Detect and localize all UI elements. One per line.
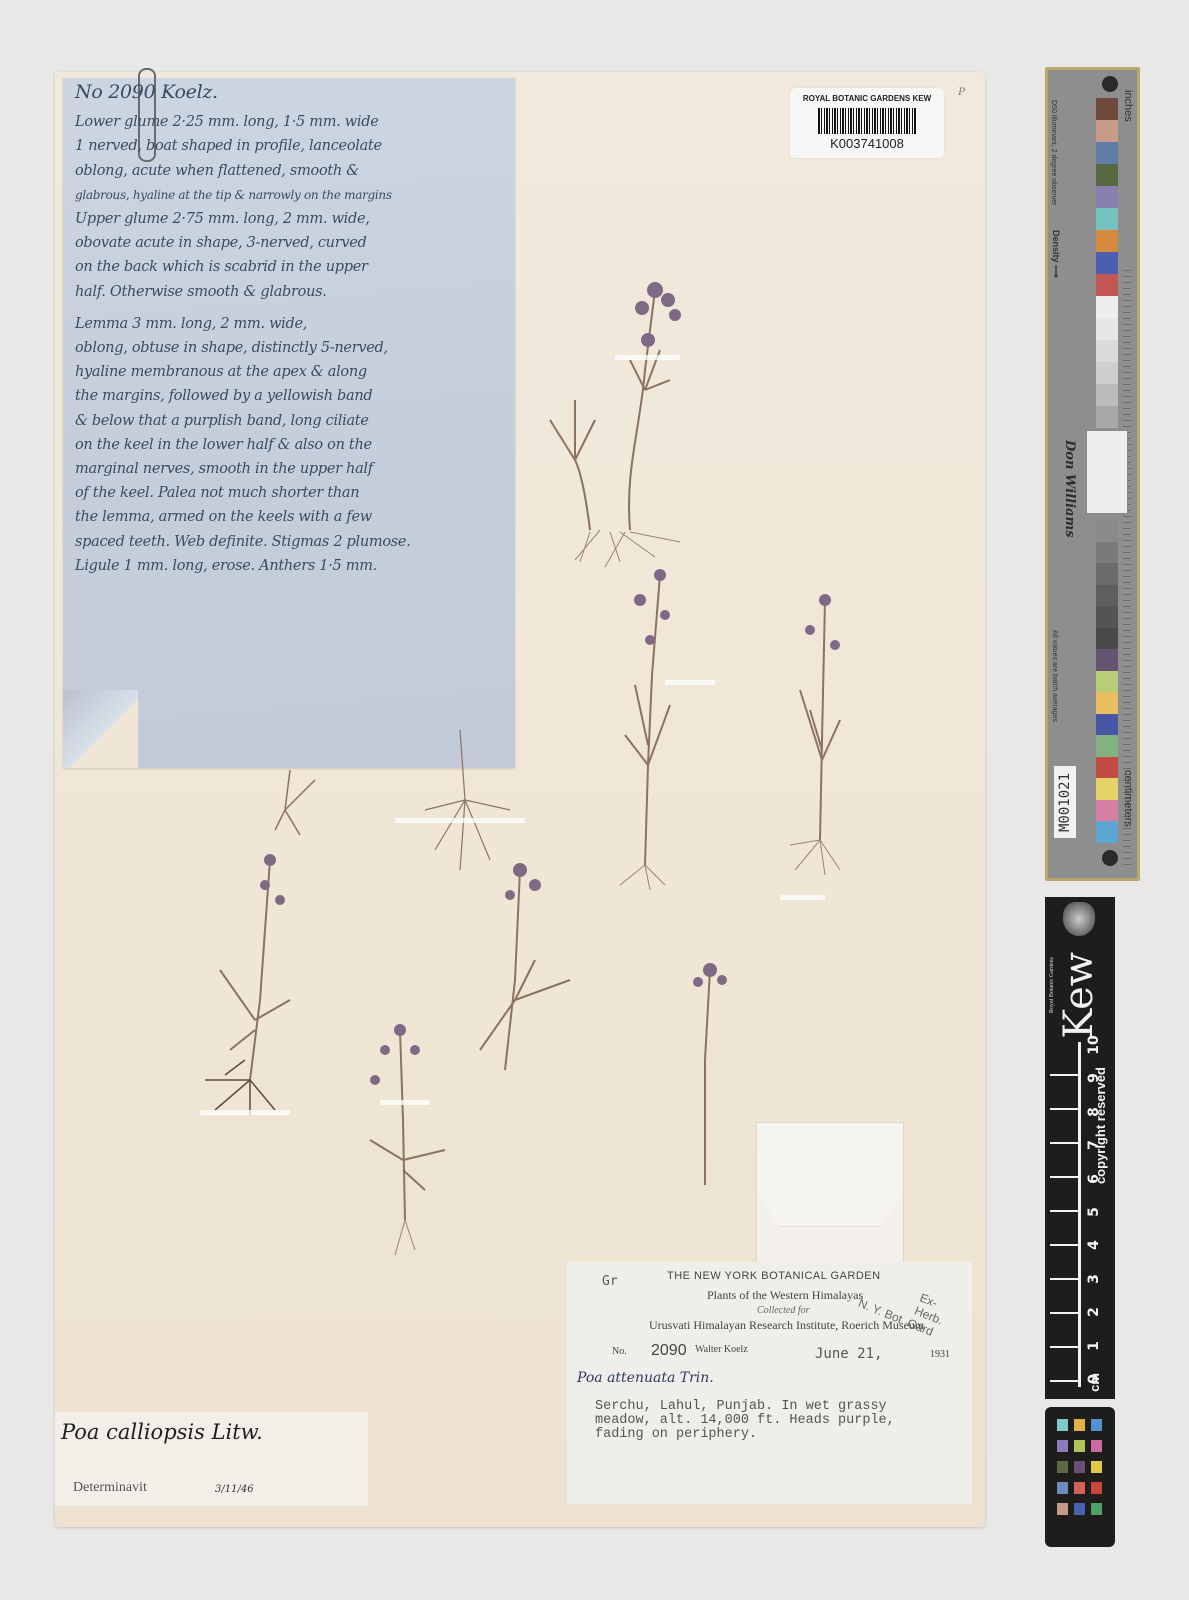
ruler-number: 1 [1086,1335,1102,1357]
note-line: of the keel. Palea not much shorter than [75,481,505,505]
grass-specimen-icon [680,960,740,1190]
note-line: spaced teeth. Web definite. Stigmas 2 pl… [75,530,505,554]
ruler-number: 3 [1086,1268,1102,1290]
collected-for-text: Collected for [757,1305,810,1316]
barcode-organization: ROYAL BOTANIC GARDENS KEW [790,94,944,103]
note-line: marginal nerves, smooth in the upper hal… [75,457,505,481]
note-line: oblong, acute when flattened, smooth & [75,159,505,183]
collection-date: June 21, [815,1346,882,1362]
mounting-tape [780,895,825,900]
determination-label: Poa calliopsis Litw. Determinavit 3/11/4… [55,1412,368,1506]
grass-specimen-icon [610,565,690,890]
kew-logo: Kew [1057,952,1101,1039]
grass-specimen-root-icon [420,730,520,880]
collection-number: 2090 [651,1342,687,1360]
determination-date: 3/11/46 [215,1484,254,1495]
colour-swatch [1096,542,1118,564]
mounting-tape [380,1100,430,1105]
grass-specimen-icon [365,1020,455,1260]
envelope-flap [757,1123,903,1227]
pencil-mark: P [958,84,965,99]
handwritten-species-name: Poa attenuata Trin. [577,1370,714,1386]
grass-specimen-root-icon [255,770,335,840]
colour-swatch [1096,649,1118,671]
colour-swatch [1096,714,1118,736]
cm-ruler-bars [1050,1042,1081,1387]
colour-checker-card [1045,1407,1115,1547]
colour-swatch [1096,563,1118,585]
checker-cell [1074,1440,1085,1452]
colour-swatch [1096,585,1118,607]
checker-cell [1074,1482,1085,1494]
note-line: on the back which is scabrid in the uppe… [75,255,505,279]
colour-swatch [1096,252,1118,274]
ruler-number: 5 [1086,1201,1102,1223]
checker-cell [1091,1503,1102,1515]
note-line: glabrous, hyaline at the tip & narrowly … [75,183,505,207]
colour-swatch [1096,520,1118,542]
note-line: Upper glume 2·75 mm. long, 2 mm. wide, [75,207,505,231]
density-label: Density ⟶ [1051,230,1061,278]
batch-note: All values are batch averages [1051,630,1058,722]
barcode-number: K003741008 [790,136,944,151]
checker-cell [1057,1461,1068,1473]
resolution-target [1086,430,1128,514]
checker-cell [1091,1482,1102,1494]
institution-name: THE NEW YORK BOTANICAL GARDEN [667,1270,881,1282]
ruler-number: 4 [1086,1234,1102,1256]
mounting-tape [615,355,680,360]
note-line: oblong, obtuse in shape, distinctly 5-ne… [75,336,505,360]
determinavit-text: Determinavit [73,1480,147,1496]
checker-cell [1057,1419,1068,1431]
determined-species-name: Poa calliopsis Litw. [61,1420,263,1444]
grass-specimen-icon [460,860,580,1090]
note-line: hyaline membranous at the apex & along [75,360,505,384]
checker-cell [1057,1482,1068,1494]
mounting-tape [395,818,525,823]
colour-swatch [1096,164,1118,186]
note-line: the lemma, armed on the keels with a few [75,505,505,529]
colour-swatch [1096,274,1118,296]
mounting-tape [200,1110,290,1115]
note-line: & below that a purplish band, long cilia… [75,409,505,433]
checker-cell [1057,1440,1068,1452]
colour-swatch [1096,800,1118,822]
note-line: the margins, followed by a yellowish ban… [75,384,505,408]
checker-cell [1091,1419,1102,1431]
note-folded-corner [63,690,138,768]
checker-cell [1074,1419,1085,1431]
ex-herb-stamp: Ex-Herb. N. Y. Bot. Gard [856,1270,964,1346]
colour-swatch [1096,671,1118,693]
grass-specimen-icon [530,270,730,570]
scale-brand: Don Williams [1062,440,1077,538]
scale-code: M001021 [1054,766,1076,838]
kew-crest-icon [1063,902,1095,936]
colour-swatch [1096,821,1118,843]
note-line: obovate acute in shape, 3-nerved, curved [75,231,505,255]
note-line: on the keel in the lower half & also on … [75,433,505,457]
grass-specimen-icon [190,850,310,1120]
colour-swatch [1096,362,1118,384]
colour-swatch [1096,296,1118,318]
note-line: Lemma 3 mm. long, 2 mm. wide, [75,312,505,336]
colour-swatch [1096,606,1118,628]
colour-swatch [1096,692,1118,714]
colour-swatch [1096,735,1118,757]
colour-swatch [1096,406,1118,428]
unit-label: cm [1087,1373,1102,1392]
barcode-label: ROYAL BOTANIC GARDENS KEW K003741008 [790,88,944,158]
note-line: half. Otherwise smooth & glabrous. [75,280,505,304]
colour-swatch [1096,208,1118,230]
checker-cell [1074,1503,1085,1515]
collector-name: Walter Koelz [695,1344,748,1355]
kew-subtitle: Royal Botanic Gardens [1049,957,1055,1013]
ruler-number: 2 [1086,1301,1102,1323]
colour-swatch [1096,340,1118,362]
checker-cell [1091,1440,1102,1452]
mounting-tape [665,680,715,685]
handwritten-note: No 2090 Koelz. Lower glume 2·25 mm. long… [75,80,505,578]
checker-cell [1074,1461,1085,1473]
colour-swatch [1096,757,1118,779]
note-line: 1 nerved, boat shaped in profile, lanceo… [75,134,505,158]
number-prefix: No. [612,1346,627,1357]
note-line: Lower glume 2·25 mm. long, 1·5 mm. wide [75,110,505,134]
units-top-label: inches [1122,90,1134,122]
colour-swatch [1096,142,1118,164]
hole-icon [1102,850,1118,866]
colour-swatch [1096,628,1118,650]
checker-cell [1057,1503,1068,1515]
collection-label: Gr THE NEW YORK BOTANICAL GARDEN Plants … [567,1262,972,1504]
colour-swatch [1096,778,1118,800]
kew-scale-ruler: Kew Royal Botanic Gardens 0 1 2 3 4 5 6 … [1045,897,1115,1399]
colour-swatch [1096,186,1118,208]
colour-swatch [1096,384,1118,406]
locality-text: Serchu, Lahul, Punjab. In wet grassy mea… [595,1400,965,1442]
herbarium-code: Gr [602,1274,618,1289]
note-line: Ligule 1 mm. long, erose. Anthers 1·5 mm… [75,554,505,578]
barcode-icon [818,108,916,134]
research-institute: Urusvati Himalayan Research Institute, R… [649,1318,924,1333]
colour-swatch [1096,318,1118,340]
fragment-envelope [756,1122,904,1269]
colour-swatch [1096,120,1118,142]
grass-specimen-icon [780,590,860,880]
copyright-text: copyright reserved [1093,1067,1108,1184]
collection-year: 1931 [930,1349,950,1360]
colour-scale-bar: inches D50 Illuminant, 2 degree observer… [1045,67,1140,881]
colour-swatch [1096,98,1118,120]
illuminant-note: D50 Illuminant, 2 degree observer [1050,100,1057,205]
checker-cell [1091,1461,1102,1473]
collection-series: Plants of the Western Himalayas [707,1288,863,1303]
colour-swatch [1096,230,1118,252]
note-heading: No 2090 Koelz. [75,80,505,104]
units-bottom-label: centimeters [1122,770,1134,827]
hole-icon [1102,76,1118,92]
ruler-number: 10 [1086,1034,1102,1056]
